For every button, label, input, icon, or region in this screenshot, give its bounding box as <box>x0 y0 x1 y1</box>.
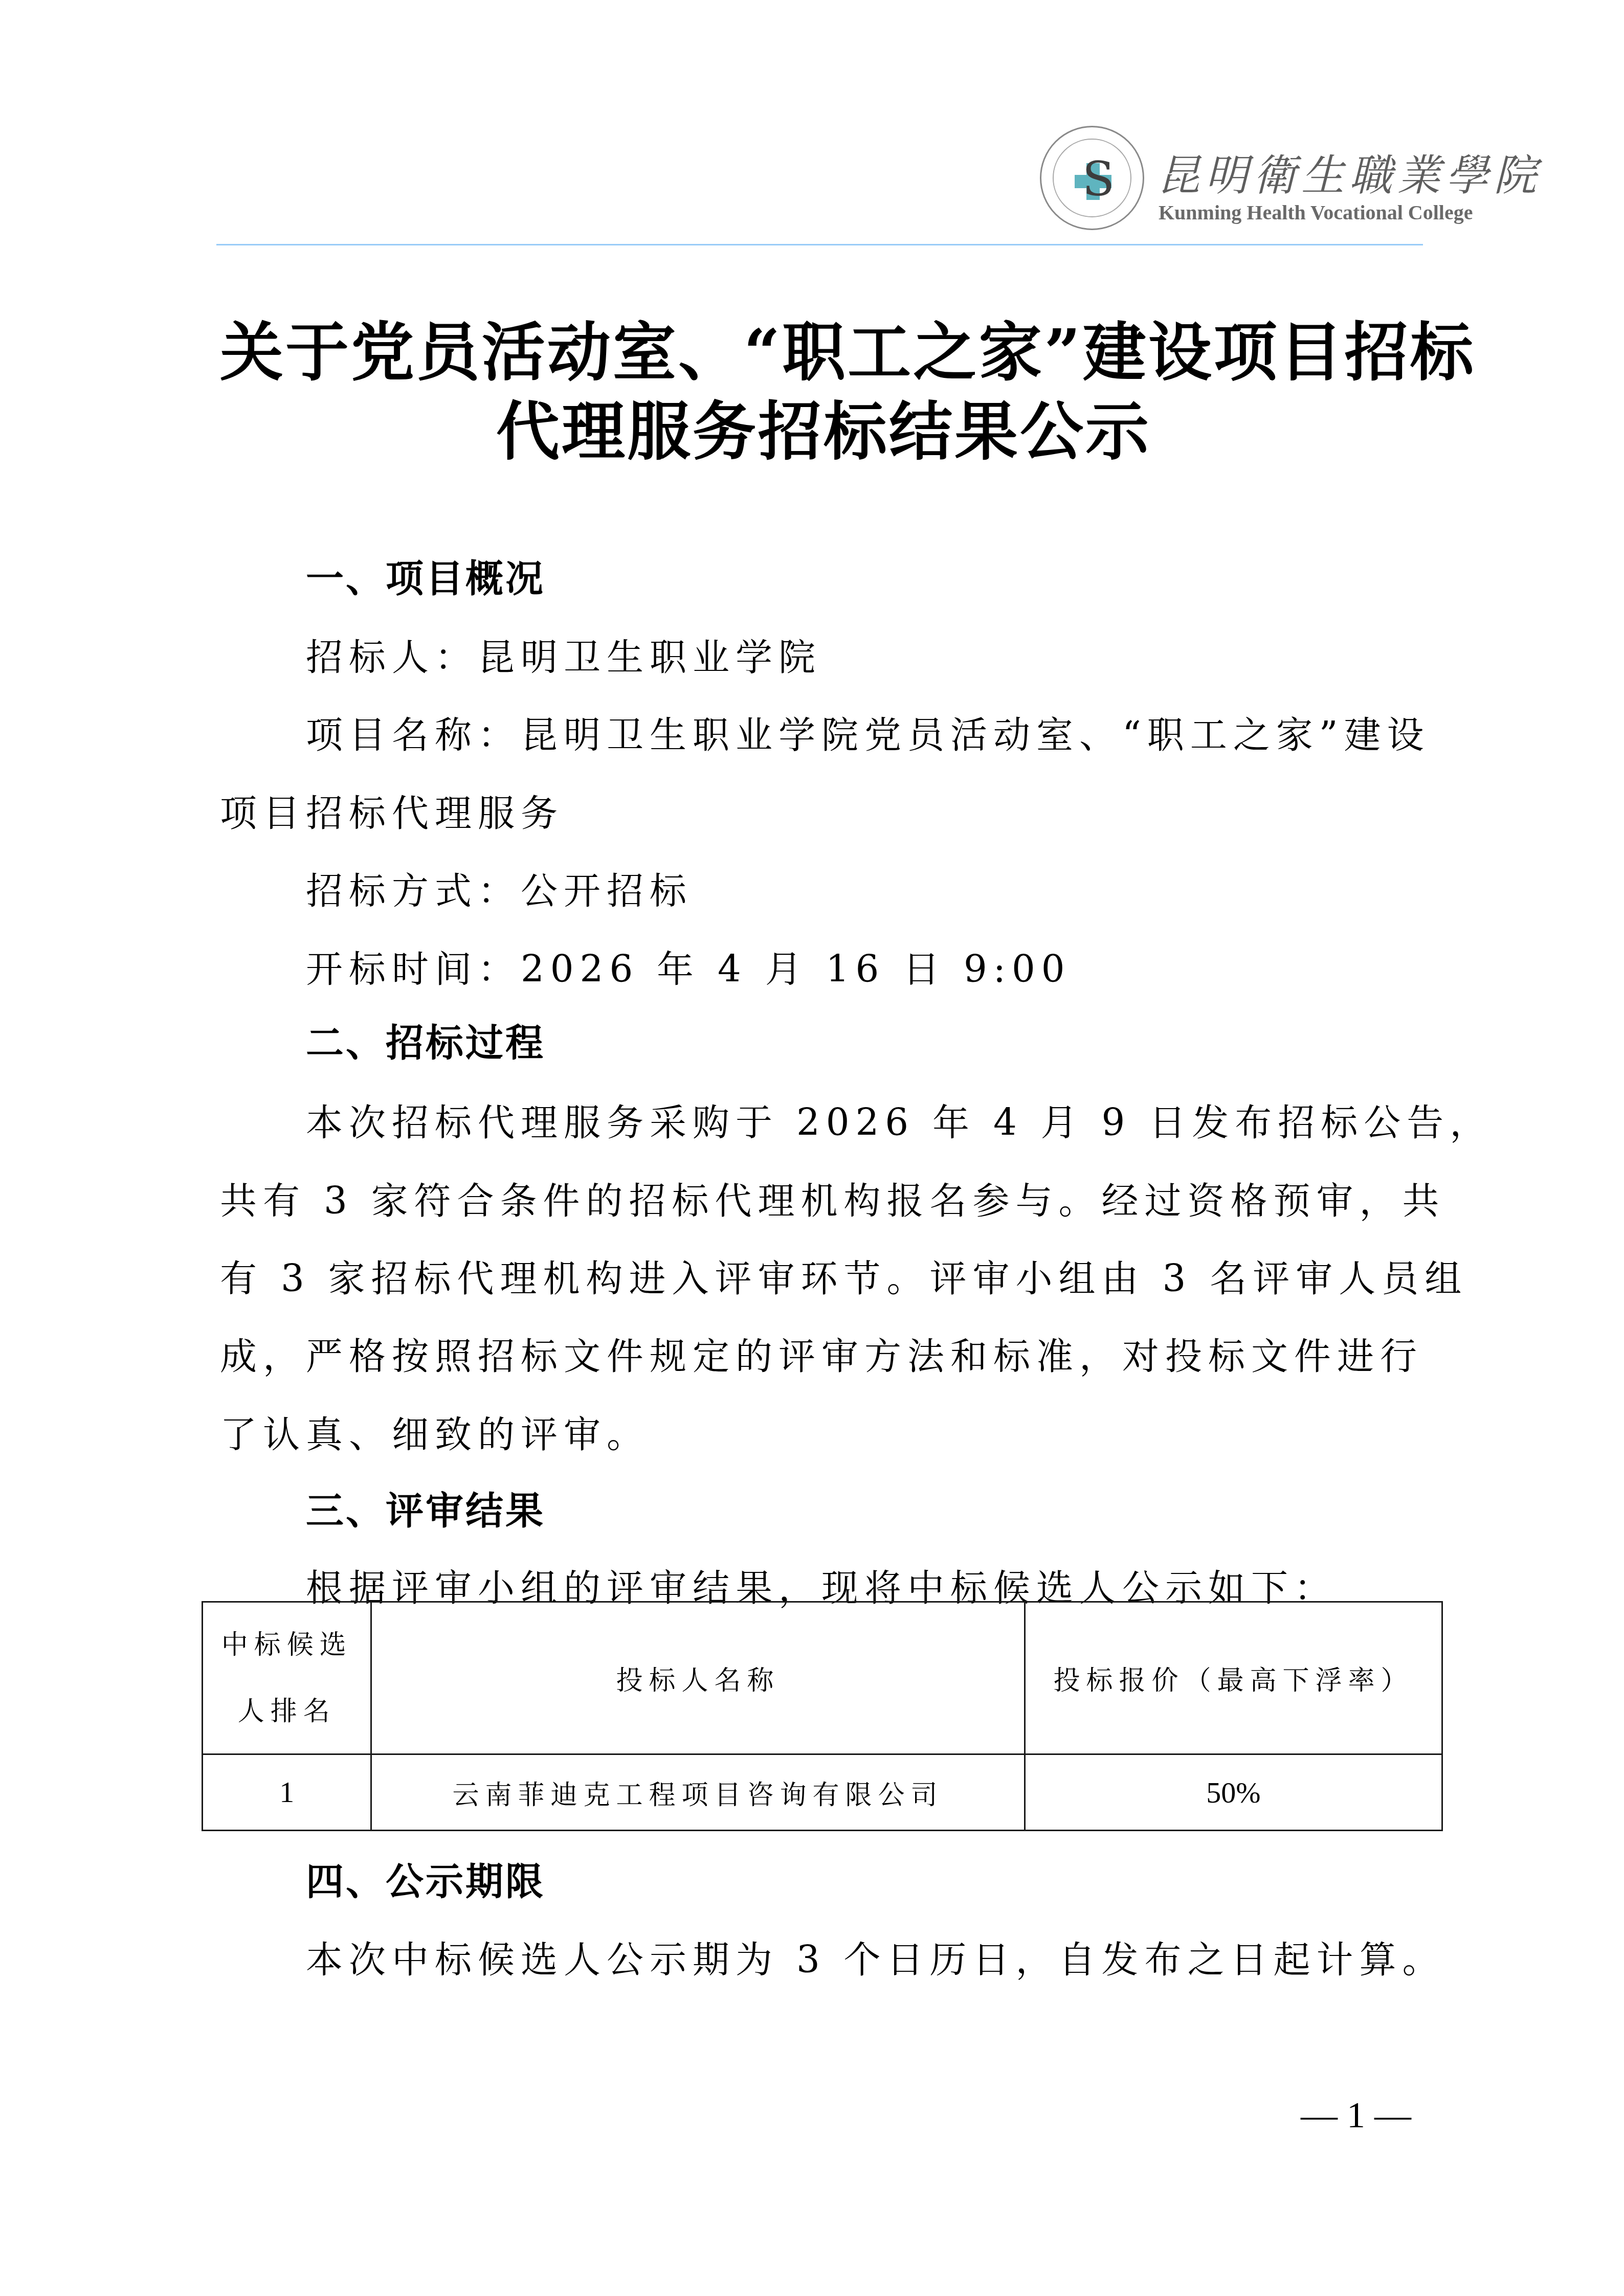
college-logo-seal: S <box>1040 126 1144 230</box>
header-divider <box>216 244 1423 245</box>
section-heading-results: 三、评审结果 <box>306 1485 1422 1537</box>
cell-rank: 1 <box>203 1754 371 1831</box>
process-paragraph-line: 成，严格按照招标文件规定的评审方法和标准，对投标文件进行 <box>220 1331 1422 1382</box>
document-title-line1: 关于党员活动室、“职工之家”建设项目招标 <box>220 302 1427 393</box>
header-bidder: 投标人名称 <box>371 1602 1025 1754</box>
tenderer-line: 招标人：昆明卫生职业学院 <box>306 632 1422 683</box>
header-rank-line2: 人排名 <box>238 1696 336 1727</box>
college-name-en: Kunming Health Vocational College <box>1159 200 1473 224</box>
tender-method-line: 招标方式：公开招标 <box>306 865 1422 916</box>
dragon-s-icon: S <box>1082 154 1105 205</box>
header-rank-line1: 中标候选 <box>221 1630 352 1660</box>
document-title-line2: 代理服务招标结果公示 <box>220 381 1427 472</box>
header-rank: 中标候选 人排名 <box>203 1602 371 1754</box>
cell-price: 50% <box>1025 1754 1442 1831</box>
table-header-row: 中标候选 人排名 投标人名称 投标报价（最高下浮率） <box>203 1602 1442 1754</box>
process-paragraph-line: 了认真、细致的评审。 <box>220 1409 1422 1460</box>
project-name-line: 项目名称：昆明卫生职业学院党员活动室、“职工之家”建设 <box>306 709 1422 760</box>
project-name-line-continued: 项目招标代理服务 <box>220 787 1422 839</box>
college-name-cn: 昆明衛生職業學院 <box>1157 141 1542 203</box>
process-paragraph-line: 本次招标代理服务采购于 2026 年 4 月 9 日发布招标公告， <box>306 1097 1422 1148</box>
section-heading-period: 四、公示期限 <box>306 1856 1422 1907</box>
publicity-period-line: 本次中标候选人公示期为 3 个日历日，自发布之日起计算。 <box>306 1934 1422 1985</box>
cell-bidder: 云南菲迪克工程项目咨询有限公司 <box>371 1754 1025 1831</box>
table-row: 1 云南菲迪克工程项目咨询有限公司 50% <box>203 1754 1442 1831</box>
process-paragraph-line: 共有 3 家符合条件的招标代理机构报名参与。经过资格预审，共 <box>220 1175 1422 1226</box>
header-price: 投标报价（最高下浮率） <box>1025 1602 1442 1754</box>
section-heading-overview: 一、项目概况 <box>306 553 1422 604</box>
bid-result-table: 中标候选 人排名 投标人名称 投标报价（最高下浮率） 1 云南菲迪克工程项目咨询… <box>202 1601 1443 1831</box>
section-heading-process: 二、招标过程 <box>306 1018 1422 1069</box>
bid-opening-time-line: 开标时间：2026 年 4 月 16 日 9:00 <box>306 943 1422 995</box>
page-number: — 1 — <box>1289 2094 1422 2136</box>
process-paragraph-line: 有 3 家招标代理机构进入评审环节。评审小组由 3 名评审人员组 <box>220 1253 1422 1304</box>
